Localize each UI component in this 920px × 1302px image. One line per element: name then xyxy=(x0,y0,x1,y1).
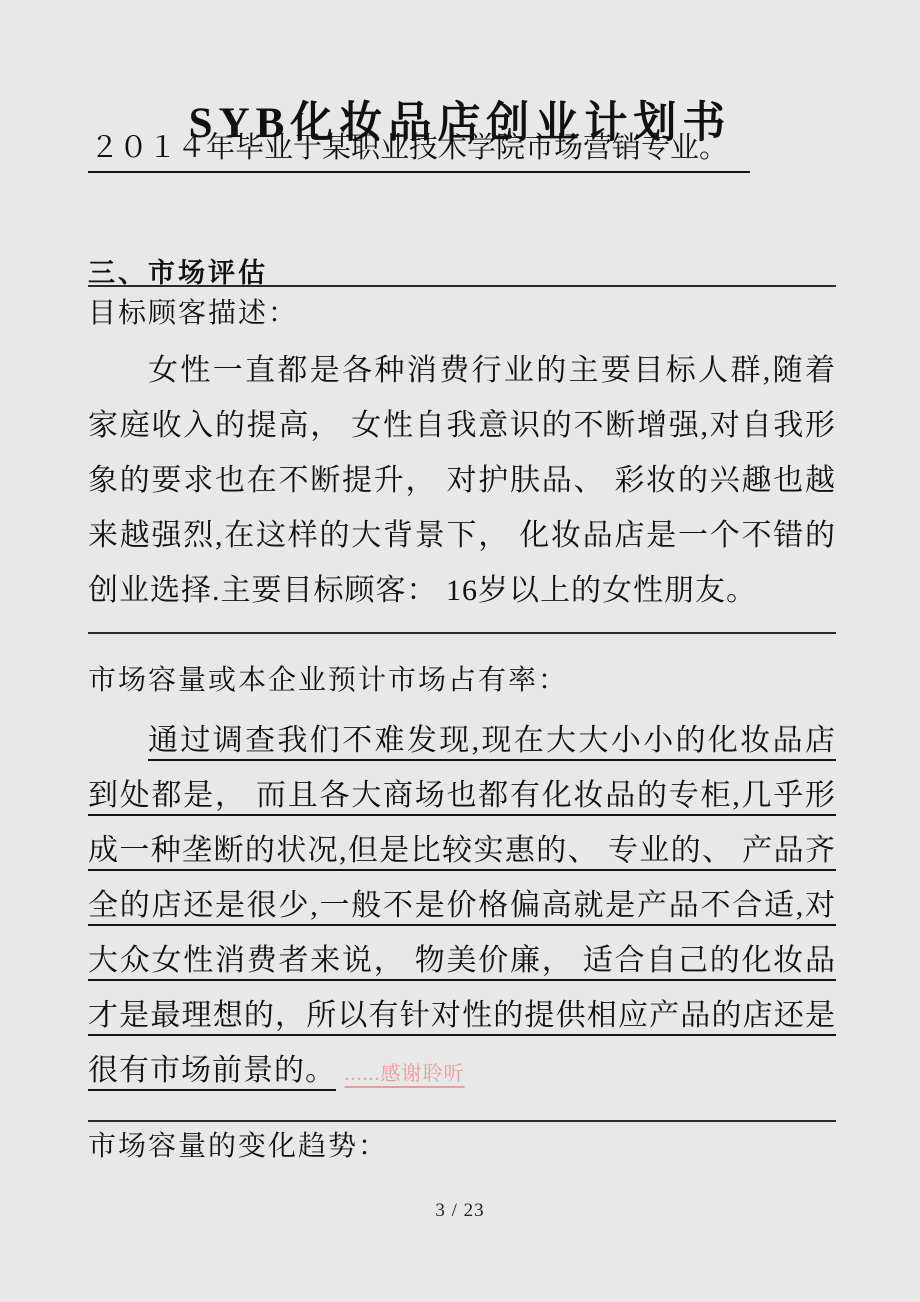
market-share-label: 市场容量或本企业预计市场占有率： xyxy=(88,660,568,702)
target-customer-label: 目标顾客描述： xyxy=(88,293,298,335)
horizontal-rule xyxy=(88,1120,836,1122)
document-subtitle-text: ２０１４年毕业于某职业技术学院市场营销专业。 xyxy=(88,128,750,173)
section-heading-market-evaluation: 三、市场评估 xyxy=(88,252,268,294)
page-number: 3 / 23 xyxy=(0,1200,920,1222)
market-share-paragraph-text: 通过调查我们不难发现,现在大大小小的化妆品店到处都是， 而且各大商场也都有化妆品… xyxy=(88,724,836,1087)
document-page: SYB化妆品店创业计划书 ２０１４年毕业于某职业技术学院市场营销专业。 三、市场… xyxy=(0,0,920,1302)
market-share-paragraph: 通过调查我们不难发现,现在大大小小的化妆品店到处都是， 而且各大商场也都有化妆品… xyxy=(88,713,836,1102)
thanks-for-listening-link[interactable]: ......感谢聆听 xyxy=(345,1063,465,1085)
horizontal-rule xyxy=(88,285,836,287)
horizontal-rule xyxy=(88,632,836,634)
market-trend-label: 市场容量的变化趋势： xyxy=(88,1126,388,1168)
document-subtitle: ２０１４年毕业于某职业技术学院市场营销专业。 xyxy=(88,128,750,173)
target-customer-paragraph: 女性一直都是各种消费行业的主要目标人群,随着家庭收入的提高， 女性自我意识的不断… xyxy=(88,343,836,618)
